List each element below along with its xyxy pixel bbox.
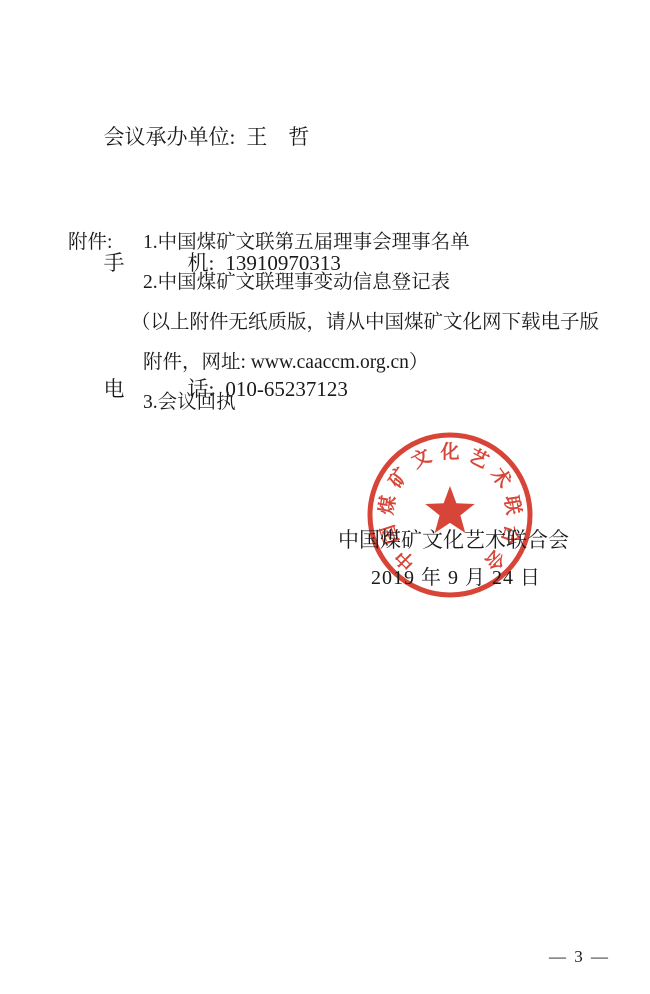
- attachment-item-1: 1.中国煤矿文联第五届理事会理事名单: [143, 223, 470, 263]
- attachment-item-2: 2.中国煤矿文联理事变动信息登记表: [143, 263, 450, 303]
- attachments-block: 附件: 1.中国煤矿文联第五届理事会理事名单 2.中国煤矿文联理事变动信息登记表…: [68, 223, 599, 423]
- document-page: 会议承办单位:王 哲 手 机:13910970313 电 话:010-65237…: [0, 0, 650, 994]
- signature-organization: 中国煤矿文化艺术联合会: [338, 528, 569, 553]
- attachment-item-3: 3.会议回执: [143, 383, 236, 423]
- organizer-value: 王 哲: [246, 125, 309, 149]
- attachments-label: 附件:: [68, 223, 143, 263]
- signature-date: 2019 年 9 月 24 日: [371, 566, 541, 590]
- contact-row-organizer: 会议承办单位:王 哲: [72, 74, 348, 200]
- attachment-row-3: 3.会议回执: [68, 383, 599, 423]
- attachment-note-line-2: 附件，网址: www.caaccm.org.cn）: [68, 343, 599, 383]
- organizer-label: 会议承办单位:: [104, 125, 236, 149]
- attachment-row-1: 附件: 1.中国煤矿文联第五届理事会理事名单: [68, 223, 599, 263]
- attachment-row-2: 2.中国煤矿文联理事变动信息登记表: [68, 263, 599, 303]
- seal-char: 化: [439, 441, 459, 463]
- attachment-note-line-1: （以上附件无纸质版，请从中国煤矿文化网下载电子版: [68, 303, 599, 343]
- seal-char: 艺: [465, 445, 492, 473]
- seal-char: 煤: [374, 494, 400, 516]
- star-icon: [425, 486, 474, 533]
- website-url: 附件，网址: www.caaccm.org.cn）: [143, 343, 428, 383]
- seal-char: 联: [500, 494, 526, 516]
- attachment-note-text-1: （以上附件无纸质版，请从中国煤矿文化网下载电子版: [131, 303, 599, 343]
- page-number: — 3 —: [549, 947, 610, 967]
- seal-char: 文: [407, 444, 434, 473]
